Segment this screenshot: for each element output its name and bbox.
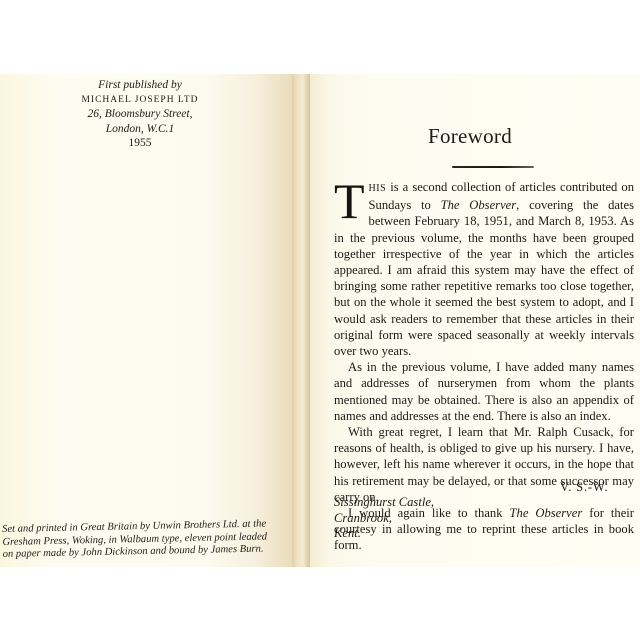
drop-cap: T xyxy=(334,181,365,221)
paragraph: THIS is a second collection of articles … xyxy=(334,179,634,359)
paragraph: As in the previous volume, I have added … xyxy=(334,359,634,424)
publisher-name: MICHAEL JOSEPH LTD xyxy=(40,93,240,108)
publication-title: The Observer xyxy=(441,198,517,212)
paragraph-text: , covering the dates between February 18… xyxy=(334,198,634,358)
address-line: Kent. xyxy=(334,526,534,542)
imprint-line: London, W.C.1 xyxy=(40,122,240,137)
imprint-line: First published by xyxy=(40,78,240,93)
page-title: Foreword xyxy=(300,124,640,149)
publisher-imprint: First published by MICHAEL JOSEPH LTD 26… xyxy=(40,78,240,151)
imprint-line: 26, Bloomsbury Street, xyxy=(40,107,240,122)
address-line: Sissinghurst Castle, xyxy=(334,495,534,511)
publication-year: 1955 xyxy=(40,136,240,151)
author-address: Sissinghurst Castle, Cranbrook, Kent. xyxy=(334,495,534,542)
printer-colophon: Set and printed in Great Britain by Unwi… xyxy=(2,518,303,562)
address-line: Cranbrook, xyxy=(334,511,534,527)
author-signature: V. S.-W. xyxy=(560,480,608,495)
title-divider xyxy=(452,166,534,168)
small-caps-text: HIS xyxy=(369,183,387,194)
